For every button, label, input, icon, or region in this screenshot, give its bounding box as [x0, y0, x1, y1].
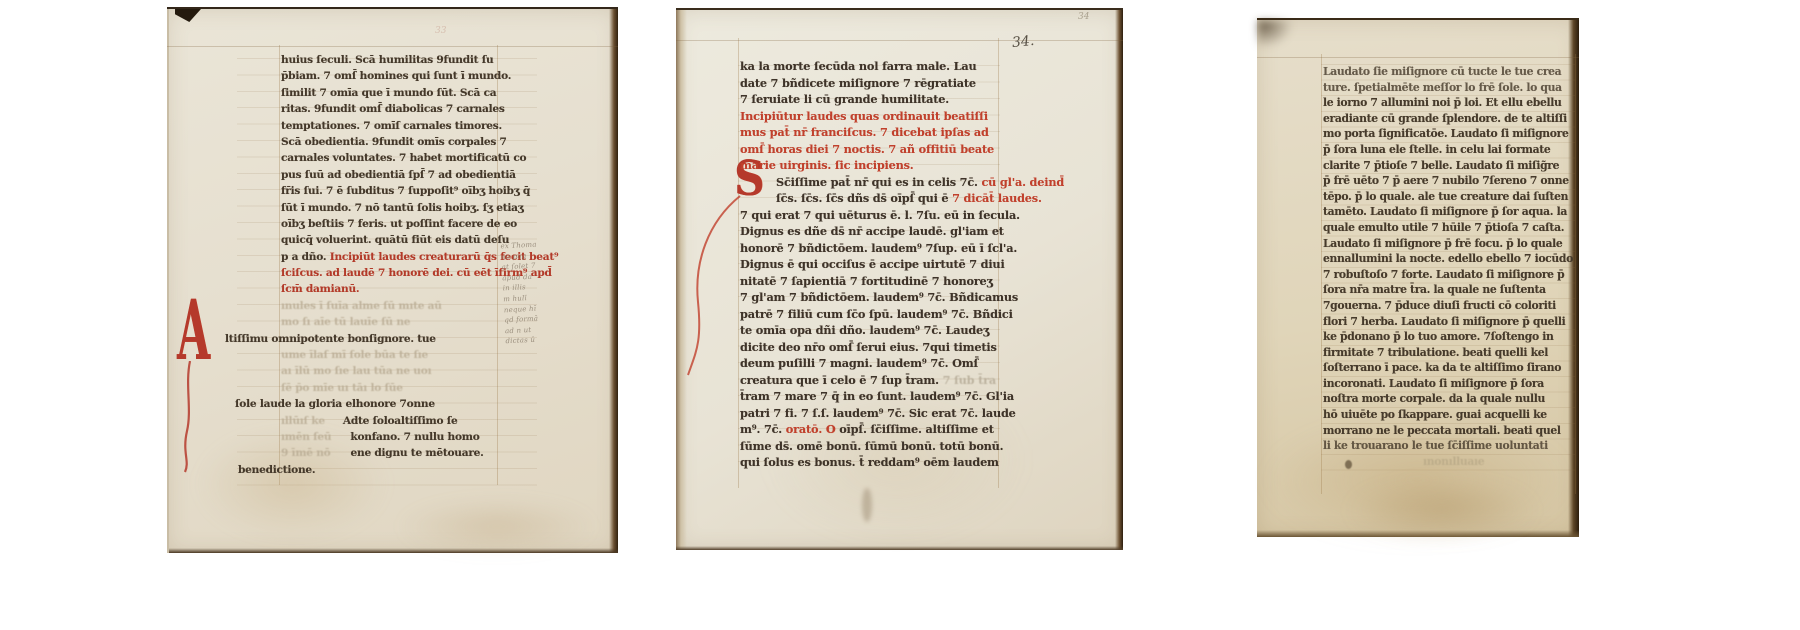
text-line: eradiante cū grande ſplendore. de te alt…	[1323, 111, 1573, 127]
text-line: mo porta ſignificatōe. Laudato ſi miſign…	[1323, 126, 1573, 142]
text-line: aı īlū mo ſıe lau tūa ne uoı	[281, 363, 558, 379]
text-line: patri 7 fi. 7 ſ.ſ. laudem⁹ 7c̄. Sic erat…	[740, 405, 1064, 422]
text-column: Laudato ſie miſignore cū tucte le tue cr…	[1323, 64, 1573, 469]
text-line: oībʒ beſtiis 7 feris. ut poſſint facere …	[281, 216, 558, 232]
text-segment: ſimilit 7 omīa que ī mundo ſūt. Scā ca	[281, 87, 496, 99]
text-segment: ume īlaſ mī ſole būa te ſıe	[281, 349, 428, 361]
text-line: ınonılluaıe	[1423, 454, 1573, 470]
page-gutter-edge	[167, 9, 169, 553]
text-segment: ınonılluaıe	[1423, 455, 1484, 468]
text-segment: honorē 7 bñdictōem. laudem⁹ 7ſup. eū ī ſ…	[740, 241, 1017, 255]
page-bottom-edge	[167, 548, 618, 553]
text-segment: ſūt ī mundo. 7 nō tantū ſolis hoibʒ. ſʒ …	[281, 202, 524, 214]
text-segment: carnales voluntates. 7 habet mortificatū…	[281, 152, 526, 164]
text-segment: p̄ frē uēto 7 p̄ aere 7 nubilo 7ſereno 7…	[1323, 174, 1569, 187]
text-segment: patri 7 fi. 7 ſ.ſ. laudem⁹ 7c̄. Sic erat…	[740, 406, 1016, 420]
text-segment: ſc̄s. ſc̄s. ſc̄s dñs ds̄ oīpſ̄ qui ē	[776, 191, 952, 205]
text-segment: clarite 7 p̄tioſe 7 belle. Laudato ſi mi…	[1323, 159, 1559, 172]
text-line: dicite deo nr̄o omſ̄ ſerui eius. 7qui ti…	[740, 339, 1064, 356]
text-line: Dignus es dñe ds̄ nr̄ accipe laudē. gl'i…	[740, 223, 1064, 240]
text-line: ſora nr̄a matre t̄ra. la quale ne ſuſten…	[1323, 282, 1573, 298]
text-segment: ſē p̄o mīe uı tāı lo ſūe	[281, 382, 403, 394]
text-line: ſoſterrano ī pace. ka da te altiſſimo ſi…	[1323, 360, 1573, 376]
text-line: t̄ram 7 mare 7 q̄ in eo ſunt. laudem⁹ 7c…	[740, 388, 1064, 405]
text-segment: t̄ram 7 mare 7 q̄ in eo ſunt. laudem⁹ 7c…	[740, 389, 1014, 403]
text-line: ennallumini la nocte. edello ebello 7 io…	[1323, 251, 1573, 267]
text-line: flori 7 herba. Laudato ſi miſignore p̄ q…	[1323, 314, 1573, 330]
text-segment: tamēto. Laudato ſi miſignore p̄ ſor aqua…	[1323, 205, 1567, 218]
text-segment: le iorno 7 allumini noi p̄ loi. Et ellu …	[1323, 96, 1561, 109]
text-segment: morrano ne le peccata mortali. beati que…	[1323, 424, 1561, 437]
text-line: ture. ſpetialmēte meſſor lo frē ſole. lo…	[1323, 80, 1573, 96]
text-segment: p̄biam. 7 omſ̄ homines qui ſunt ī mundo.	[281, 70, 511, 82]
folio-number-faint: 33	[435, 26, 446, 36]
text-line: mus pat̄ nr̄ franciſcus. 7 dicebat ipſas…	[740, 124, 1064, 141]
text-segment: benedictione.	[238, 464, 315, 476]
text-line: ritas. 9fundit omſ̄ diabolicas 7 carnale…	[281, 101, 558, 117]
parchment-crease	[167, 46, 618, 47]
text-line: p̄ ſora luna ele ſtelle. in celu lai for…	[1323, 142, 1573, 158]
text-segment: 7 gl'am 7 bñdictōem. laudem⁹ 7c̄. Bñdica…	[740, 290, 1018, 304]
text-segment: hō uiuēte po ſkappare. guai acquelli ke	[1323, 408, 1547, 421]
text-line: p̄biam. 7 omſ̄ homines qui ſunt ī mundo.	[281, 68, 558, 84]
ruling-line	[1575, 54, 1576, 494]
text-line: Scā obedientia. 9fundit omīs corpales 7	[281, 134, 558, 150]
text-line: temptationes. 7 omīſ carnales timores.	[281, 118, 558, 134]
text-segment: ſcm̄ damianū.	[281, 283, 359, 295]
text-line: ıllūıſ keAdte ſoloaltiſſimo ſe	[281, 413, 558, 429]
text-line: benedictione.	[238, 462, 558, 478]
binding-corner	[1257, 20, 1293, 48]
text-line: p̄ frē uēto 7 p̄ aere 7 nubilo 7ſereno 7…	[1323, 173, 1573, 189]
folio-number-corner: 34	[1078, 12, 1089, 22]
text-segment: pus ſuū ad obedientiā ſpſ̄ 7 ad obedient…	[281, 169, 516, 181]
text-segment: 7 dicāt̄ laudes.	[952, 191, 1042, 205]
text-line: 7gouerna. 7 p̄duce diuſi fructi cō color…	[1323, 298, 1573, 314]
text-line: deum puſilli 7 magni. laudem⁹ 7c̄. Omſ̄	[740, 355, 1064, 372]
text-segment: Laudato ſie miſignore cū tucte le tue cr…	[1323, 65, 1561, 78]
text-segment: dicite deo nr̄o omſ̄ ſerui eius. 7qui ti…	[740, 340, 997, 354]
text-segment: ka la morte ſecūda nol farra male. Lau	[740, 59, 977, 73]
text-segment: p̄ ſora luna ele ſtelle. in celu lai for…	[1323, 143, 1550, 156]
parchment-stain	[1347, 480, 1537, 540]
text-segment: Dignus ē qui occiſus ē accipe uirtutē 7 …	[740, 257, 1005, 271]
text-line: marie uirginis. ſic incipiens.	[740, 157, 1064, 174]
text-line: creatura que ī celo ē 7 ſup t̄ram. 7 ſub…	[740, 372, 1064, 389]
text-segment: 7 ſeruiate li cū grande humilitate.	[740, 92, 949, 106]
text-segment: fr̄is ſui. 7 ē ſubditus 7 ſuppoſit⁹ oībʒ…	[281, 185, 530, 197]
text-segment: quale emulto utile 7 hūile 7 p̄tioſa 7 c…	[1323, 221, 1564, 234]
text-segment: Sc̄iſſime pat̄ nr̄ qui es in celis 7c̄.	[776, 175, 981, 189]
text-segment: ennallumini la nocte. edello ebello 7 io…	[1323, 252, 1573, 265]
text-segment: ſūme ds̄. omē bonū. ſūmū bonū. totū bonū…	[740, 439, 1003, 453]
text-line: incoronati. Laudato ſi miſignore p̄ ſora	[1323, 376, 1573, 392]
page-bottom-edge	[676, 546, 1123, 550]
text-segment: 7gouerna. 7 p̄duce diuſi fructi cō color…	[1323, 299, 1556, 312]
text-segment: tēpo. p̄ lo quale. ale tue creature dai …	[1323, 190, 1568, 203]
text-line: 7 ſeruiate li cū grande humilitate.	[740, 91, 1064, 108]
text-segment: flori 7 herba. Laudato ſi miſignore p̄ q…	[1323, 315, 1565, 328]
text-segment: deum puſilli 7 magni. laudem⁹ 7c̄.	[740, 356, 952, 370]
text-segment: mo porta ſignificatōe. Laudato ſi miſign…	[1323, 127, 1569, 140]
text-line: noſtra morte corpale. da la quale nullu	[1323, 391, 1573, 407]
parchment-crease	[676, 40, 1123, 41]
page-fore-edge	[609, 9, 618, 553]
text-line: huius ſeculi. Scā humilitas 9fundit ſu	[281, 52, 558, 68]
text-segment: te omīa opa dñi dño. laudem⁹ 7c̄. Laudeʒ	[740, 323, 989, 337]
text-segment: marie uirginis. ſic incipiens.	[740, 158, 914, 172]
text-segment: oīpſ̄. ſc̄iſſime. altiſſime et	[835, 422, 993, 436]
folio-number: 34.	[1011, 33, 1035, 51]
text-line: tēpo. p̄ lo quale. ale tue creature dai …	[1323, 189, 1573, 205]
text-segment: ıllūıſ ke	[281, 415, 325, 427]
text-segment: date 7 bñdicete miſignore 7 rēgratiate	[740, 76, 976, 90]
text-line: Sc̄iſſime pat̄ nr̄ qui es in celis 7c̄. …	[776, 174, 1064, 191]
text-segment: 9 īmē nō	[281, 447, 331, 459]
text-line: ume īlaſ mī ſole būa te ſıe	[281, 347, 558, 363]
parchment-stain	[397, 499, 597, 554]
text-segment: mus pat̄ nr̄ franciſcus. 7 dicebat ipſas…	[740, 125, 989, 139]
text-line: 9 īmē nōene dignu te mētouare.	[281, 445, 558, 461]
parchment-smudge	[862, 488, 872, 522]
text-segment: ſora nr̄a matre t̄ra. la quale ne ſuſten…	[1323, 283, 1546, 296]
text-segment: ke p̄donano p̄ lo tuo amore. 7ſoſtengo i…	[1323, 330, 1553, 343]
text-line: ſole laude la gloria elhonore 7onne	[235, 396, 558, 412]
text-segment: Dignus es dñe ds̄ nr̄ accipe laudē. gl'i…	[740, 224, 1004, 238]
text-line: m⁹. 7c̄. oratō. O oīpſ̄. ſc̄iſſime. alti…	[740, 421, 1064, 438]
text-line: quale emulto utile 7 hūile 7 p̄tioſa 7 c…	[1323, 220, 1573, 236]
text-segment: konfano. 7 nullu homo	[350, 431, 479, 443]
text-segment: omſ̄ horas diei 7 noctis. 7 añ offitiū b…	[740, 142, 994, 156]
text-line: omſ̄ horas diei 7 noctis. 7 añ offitiū b…	[740, 141, 1064, 158]
text-segment: aı īlū mo ſıe lau tūa ne uoı	[281, 365, 431, 377]
text-line: Dignus ē qui occiſus ē accipe uirtutē 7 …	[740, 256, 1064, 273]
manuscript-photo: 33 A huius ſeculi. Scā humilitas 9fundit…	[0, 0, 1800, 630]
text-line: 7 robuſtoſo 7 forte. Laudato ſi miſignor…	[1323, 267, 1573, 283]
text-segment: ımēn ſeū	[281, 431, 331, 443]
text-line: qui ſolus es bonus. t̄ reddam⁹ oēm laude…	[740, 454, 1064, 471]
text-line: patrē 7 filiū cum ſc̄o ſpū. laudem⁹ 7c̄.…	[740, 306, 1064, 323]
page-gutter-edge	[676, 10, 687, 550]
text-segment: ritas. 9fundit omſ̄ diabolicas 7 carnale…	[281, 103, 505, 115]
text-line: carnales voluntates. 7 habet mortificatū…	[281, 150, 558, 166]
text-line: ſimilit 7 omīa que ī mundo ſūt. Scā ca	[281, 85, 558, 101]
manuscript-page-34r: 34. 34 S ka la morte ſecūda nol farra ma…	[676, 8, 1123, 550]
text-segment: ltiſſimu omnipotente bonſignore. tue	[225, 333, 436, 345]
text-segment: quicq̄ voluerint. quātū fiūt eis datū de…	[281, 234, 509, 246]
text-line: ſūme ds̄. omē bonū. ſūmū bonū. totū bonū…	[740, 438, 1064, 455]
text-segment: qui ſolus es bonus. t̄ reddam⁹ oēm laude…	[740, 455, 999, 469]
text-segment: li ke trouarano le tue ſc̄iſſime uolunta…	[1323, 439, 1548, 452]
text-line: ke p̄donano p̄ lo tuo amore. 7ſoſtengo i…	[1323, 329, 1573, 345]
text-line: ımēn ſeūkonfano. 7 nullu homo	[281, 429, 558, 445]
text-line: Laudato ſie miſignore cū tucte le tue cr…	[1323, 64, 1573, 80]
text-line: Laudato ſi miſignore p̄ frē focu. p̄ lo …	[1323, 236, 1573, 252]
text-segment: incoronati. Laudato ſi miſignore p̄ ſora	[1323, 377, 1544, 390]
text-segment: Adte ſoloaltiſſimo ſe	[343, 415, 458, 427]
text-segment: patrē 7 filiū cum ſc̄o ſpū. laudem⁹ 7c̄.…	[740, 307, 1013, 321]
page-fore-edge	[1115, 10, 1123, 550]
text-segment: oībʒ beſtiis 7 feris. ut poſſint facere …	[281, 218, 517, 230]
text-line: date 7 bñdicete miſignore 7 rēgratiate	[740, 75, 1064, 92]
text-segment: creatura que ī celo ē 7 ſup t̄ram.	[740, 373, 943, 387]
rubricated-initial-A: A	[177, 295, 210, 369]
text-segment: Omſ̄	[952, 356, 978, 370]
text-line: li ke trouarano le tue ſc̄iſſime uolunta…	[1323, 438, 1573, 454]
text-segment: 7 qui erat 7 qui uēturus ē. l. 7ſu. eū i…	[740, 208, 1020, 222]
text-line: firmitate 7 tribulatione. beati quelli k…	[1323, 345, 1573, 361]
text-line: tamēto. Laudato ſi miſignore p̄ ſor aqua…	[1323, 204, 1573, 220]
text-column: ka la morte ſecūda nol farra male. Lauda…	[740, 58, 1064, 471]
parchment-crease	[1257, 57, 1579, 58]
binding-corner	[175, 9, 201, 22]
text-segment: nitatē 7 ſapientiā 7 fortitudinē 7 honor…	[740, 274, 993, 288]
text-line: clarite 7 p̄tioſe 7 belle. Laudato ſi mi…	[1323, 158, 1573, 174]
text-segment: p a dño.	[281, 251, 330, 263]
text-segment: 7 robuſtoſo 7 forte. Laudato ſi miſignor…	[1323, 268, 1564, 281]
text-segment: m⁹. 7c̄.	[740, 422, 786, 436]
text-line: nitatē 7 ſapientiā 7 fortitudinē 7 honor…	[740, 273, 1064, 290]
text-line: fr̄is ſui. 7 ē ſubditus 7 ſuppoſit⁹ oībʒ…	[281, 183, 558, 199]
text-line: morrano ne le peccata mortali. beati que…	[1323, 423, 1573, 439]
page-bottom-edge	[1257, 530, 1579, 537]
text-segment: ene dignu te mētouare.	[351, 447, 484, 459]
text-line: 7 qui erat 7 qui uēturus ē. l. 7ſu. eū i…	[740, 207, 1064, 224]
text-line: pus ſuū ad obedientiā ſpſ̄ 7 ad obedient…	[281, 167, 558, 183]
text-line: ſc̄s. ſc̄s. ſc̄s dñs ds̄ oīpſ̄ qui ē 7 d…	[776, 190, 1064, 207]
text-segment: noſtra morte corpale. da la quale nullu	[1323, 392, 1545, 405]
text-segment: oratō.	[786, 422, 826, 436]
marginal-annotation: ex Thomano pagat ſolet 7apud dain illism…	[500, 237, 595, 348]
text-segment: Scā obedientia. 9fundit omīs corpales 7	[281, 136, 507, 148]
text-segment: cū gl'a. deind̄	[981, 175, 1064, 189]
text-line: hō uiuēte po ſkappare. guai acquelli ke	[1323, 407, 1573, 423]
text-segment: mo ſı aīe tū lauīe ſū ne	[281, 316, 410, 328]
text-line: honorē 7 bñdictōem. laudem⁹ 7ſup. eū ī ſ…	[740, 240, 1064, 257]
text-line: 7 gl'am 7 bñdictōem. laudem⁹ 7c̄. Bñdica…	[740, 289, 1064, 306]
text-segment: ſole laude la gloria elhonore 7onne	[235, 398, 435, 410]
text-segment: firmitate 7 tribulatione. beati quelli k…	[1323, 346, 1548, 359]
text-segment: ture. ſpetialmēte meſſor lo frē ſole. lo…	[1323, 81, 1562, 94]
text-line: Incipiūtur laudes quas ordinauit beatiſſ…	[740, 108, 1064, 125]
text-segment: Laudato ſi miſignore p̄ frē focu. p̄ lo …	[1323, 237, 1562, 250]
text-segment: 7 ſub t̄ra	[943, 373, 996, 387]
text-line: te omīa opa dñi dño. laudem⁹ 7c̄. Laudeʒ	[740, 322, 1064, 339]
text-line: ka la morte ſecūda nol farra male. Lau	[740, 58, 1064, 75]
manuscript-page-33r: 33 A huius ſeculi. Scā humilitas 9fundit…	[167, 7, 618, 553]
manuscript-page-33v: Laudato ſie miſignore cū tucte le tue cr…	[1257, 18, 1579, 537]
text-segment: huius ſeculi. Scā humilitas 9fundit ſu	[281, 54, 494, 66]
text-segment: ſoſterrano ī pace. ka da te altiſſimo ſi…	[1323, 361, 1561, 374]
text-segment: eradiante cū grande ſplendore. de te alt…	[1323, 112, 1567, 125]
text-line: ſūt ī mundo. 7 nō tantū ſolis hoibʒ. ſʒ …	[281, 200, 558, 216]
text-segment: ınules ī ſuīa alme ſū mıte aū	[281, 300, 442, 312]
text-line: le iorno 7 allumini noi p̄ loi. Et ellu …	[1323, 95, 1573, 111]
text-line: ſē p̄o mīe uı tāı lo ſūe	[281, 380, 558, 396]
text-segment: temptationes. 7 omīſ carnales timores.	[281, 120, 502, 132]
text-segment: Incipiūtur laudes quas ordinauit beatiſſ…	[740, 109, 988, 123]
